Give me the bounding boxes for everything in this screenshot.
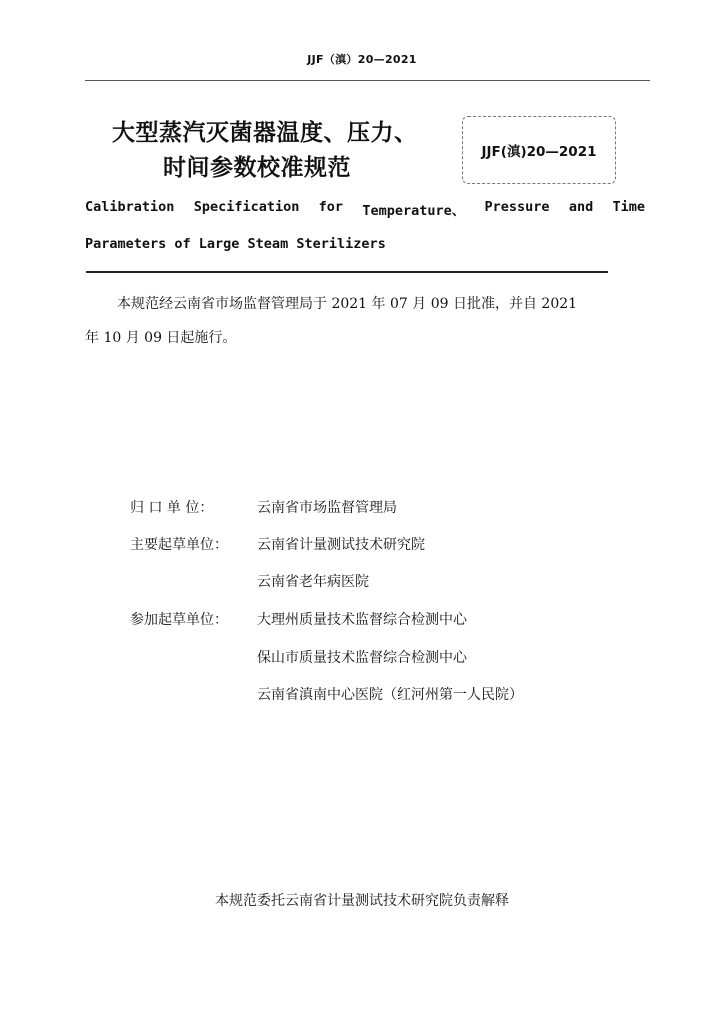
running-head: JJF（滇）20—2021 xyxy=(0,51,724,67)
org-value: 云南省市场监督管理局 xyxy=(257,498,397,518)
title-en-line1: Calibration Specification for Temperatur… xyxy=(85,199,645,219)
org-value: 云南省老年病医院 xyxy=(257,572,369,592)
org-label-main-drafters: 主要起草单位： xyxy=(130,535,228,555)
standard-code: JJF(滇)20—2021 xyxy=(482,140,597,160)
standard-code-box: JJF(滇)20—2021 xyxy=(462,116,616,184)
org-value: 云南省计量测试技术研究院 xyxy=(257,535,425,555)
title-en-word: for xyxy=(319,199,343,219)
title-en-word: Specification xyxy=(194,199,300,219)
approval-text-line1: 本规范经云南省市场监督管理局于 2021 年 07 月 09 日批准，并自 20… xyxy=(85,287,650,321)
org-value: 保山市质量技术监督综合检测中心 xyxy=(257,648,467,668)
org-label-participating-drafters: 参加起草单位： xyxy=(130,610,228,630)
title-cn-line2: 时间参数校准规范 xyxy=(163,150,503,186)
title-cn-line1: 大型蒸汽灭菌器温度、压力、 xyxy=(112,115,452,151)
org-label-responsible: 归 口 单 位： xyxy=(130,498,213,518)
title-en-word: Pressure xyxy=(485,199,550,219)
title-en-word: and xyxy=(569,199,593,219)
header-divider xyxy=(85,80,650,81)
title-en-word: Time xyxy=(612,199,645,219)
approval-text-line2: 年 10 月 09 日起施行。 xyxy=(85,321,650,355)
title-divider xyxy=(86,271,608,273)
interpretation-note: 本规范委托云南省计量测试技术研究院负责解释 xyxy=(0,890,724,910)
title-en-line2: Parameters of Large Steam Sterilizers xyxy=(85,236,386,252)
title-en-word: Calibration xyxy=(85,199,174,219)
org-value: 云南省滇南中心医院（红河州第一人民院） xyxy=(257,685,523,705)
title-en-word: Temperature、 xyxy=(362,199,465,219)
org-value: 大理州质量技术监督综合检测中心 xyxy=(257,610,467,630)
